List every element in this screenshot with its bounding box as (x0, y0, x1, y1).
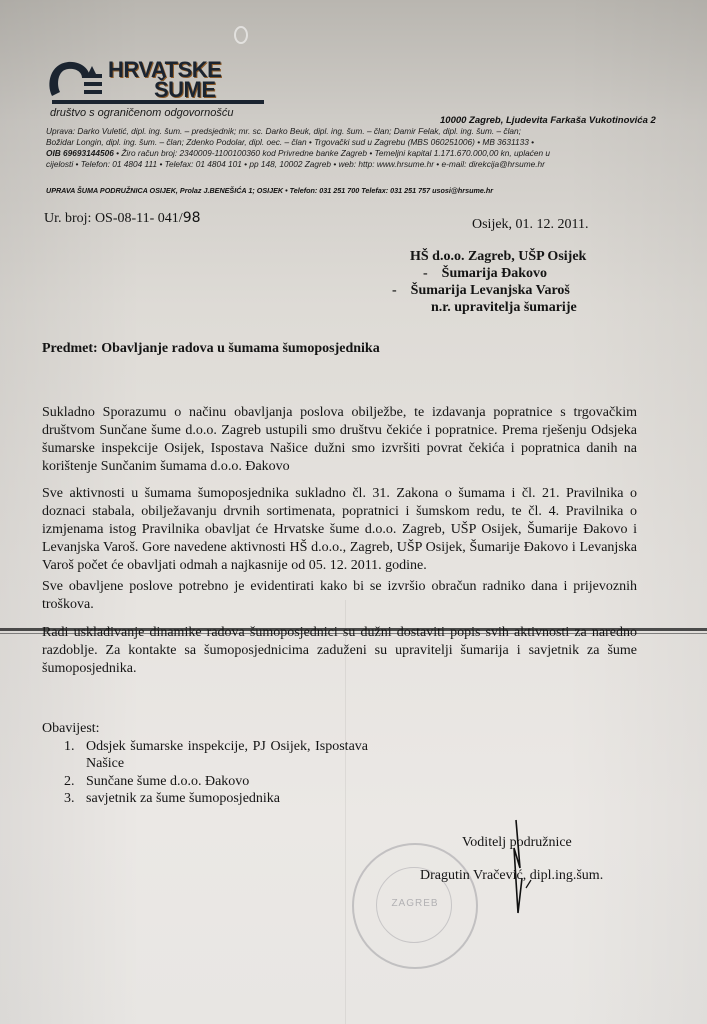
account-line: OIB 69693144506 • Žiro račun broj: 23400… (46, 148, 686, 159)
body-paragraph: Sve obavljene poslove potrebno je eviden… (42, 578, 637, 614)
reference-number: Ur. broj: OS-08-11- 041/98 (44, 210, 201, 227)
reference-prefix: Ur. broj: OS-08-11- 041/ (44, 211, 183, 226)
account-text: • Žiro račun broj: 2340009-1100100360 ko… (114, 148, 550, 158)
stamp-center-text: ZAGREB (354, 898, 476, 909)
hq-address: 10000 Zagreb, Ljudevita Farkaša Vukotino… (440, 115, 656, 126)
body-paragraph: Sukladno Sporazumu o načinu obavljanja p… (42, 404, 637, 476)
logo-mark-icon (46, 56, 106, 102)
notice-item: savjetnik za šume šumoposjednika (78, 790, 368, 808)
notice-item: Odsjek šumarske inspekcije, PJ Osijek, I… (78, 738, 368, 773)
subject-line: Predmet: Obavljanje radova u šumama šumo… (42, 341, 380, 357)
branch-line: UPRAVA ŠUMA PODRUŽNICA OSIJEK, Prolaz J.… (46, 186, 493, 195)
punch-hole (234, 26, 248, 44)
contact-line: cijelosti • Telefon: 01 4804 111 • Telef… (46, 159, 686, 170)
recipient-line: - Šumarija Đakovo (410, 265, 586, 282)
recipient-line: - Šumarija Levanjska Varoš (392, 282, 586, 299)
company-logo: HRVATSKE ŠUME (46, 56, 266, 108)
reference-handwritten: 98 (183, 210, 201, 226)
body-paragraph: Radi usklađivanje dinamike radova šumopo… (42, 624, 637, 678)
place-date: Osijek, 01. 12. 2011. (472, 217, 589, 233)
handwritten-signature-icon (498, 818, 538, 918)
company-type: društvo s ograničenom odgovornošću (50, 107, 233, 119)
recipient-line: HŠ d.o.o. Zagreb, UŠP Osijek (410, 248, 586, 265)
notice-block: Obavijest: Odsjek šumarske inspekcije, P… (42, 720, 368, 808)
letterhead-details: Uprava: Darko Vuletić, dipl. ing. šum. –… (46, 126, 686, 170)
oib: OIB 69693144506 (46, 148, 114, 158)
notice-label: Obavijest: (42, 720, 368, 738)
management-line-1: Uprava: Darko Vuletić, dipl. ing. šum. –… (46, 126, 686, 137)
recipient-line: n.r. upravitelja šumarije (410, 299, 586, 316)
recipient-block: HŠ d.o.o. Zagreb, UŠP Osijek - Šumarija … (410, 248, 586, 316)
company-name-line2: ŠUME (108, 80, 221, 100)
notice-item: Sunčane šume d.o.o. Đakovo (78, 773, 368, 791)
management-line-2: Božidar Longin, dipl. ing. šum. – član; … (46, 137, 686, 148)
notice-list: Odsjek šumarske inspekcije, PJ Osijek, I… (42, 738, 368, 808)
company-name: HRVATSKE ŠUME (108, 60, 221, 100)
body-paragraph: Sve aktivnosti u šumama šumoposjednika s… (42, 485, 637, 575)
logo-underline (52, 100, 264, 104)
